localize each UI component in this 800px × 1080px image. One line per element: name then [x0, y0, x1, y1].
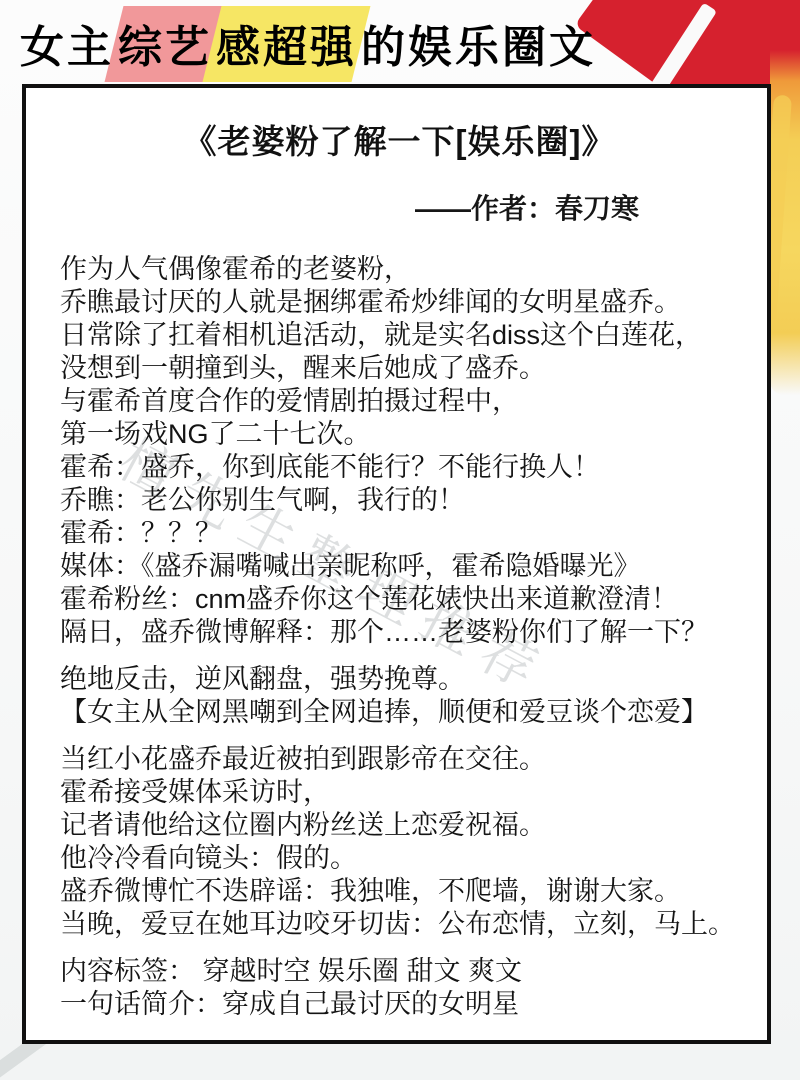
synopsis-line: 与霍希首度合作的爱情剧拍摄过程中，	[60, 385, 739, 418]
synopsis-paragraph: 绝地反击，逆风翻盘，强势挽尊。【女主从全网黑嘲到全网追捧，顺便和爱豆谈个恋爱】	[60, 663, 739, 729]
content-card: 檀先生整理推荐 《老婆粉了解一下[娱乐圈]》 ——作者：春刀寒 作为人气偶像霍希…	[22, 84, 771, 1044]
synopsis-line: 一句话简介：穿成自己最讨厌的女明星	[60, 988, 739, 1021]
synopsis-line: 当红小花盛乔最近被拍到跟影帝在交往。	[60, 743, 739, 776]
synopsis-line: 他冷冷看向镜头：假的。	[60, 842, 739, 875]
synopsis-line: 日常除了扛着相机追活动，就是实名diss这个白莲花，	[60, 319, 739, 352]
synopsis-paragraph: 当红小花盛乔最近被拍到跟影帝在交往。霍希接受媒体采访时，记者请他给这位圈内粉丝送…	[60, 743, 739, 941]
header-segment: 女主	[18, 10, 116, 76]
synopsis-line: 隔日，盛乔微博解释：那个……老婆粉你们了解一下？	[60, 616, 739, 649]
synopsis-line: 第一场戏NG了二十七次。	[60, 418, 739, 451]
synopsis-line: 内容标签： 穿越时空 娱乐圈 甜文 爽文	[60, 955, 739, 988]
header-title: 女主综艺感超强的娱乐圈文	[18, 10, 598, 76]
synopsis-line: 霍希粉丝：cnm盛乔你这个莲花婊快出来道歉澄清！	[60, 583, 739, 616]
synopsis-line: 盛乔微博忙不迭辟谣：我独唯，不爬墙，谢谢大家。	[60, 875, 739, 908]
synopsis-line: 没想到一朝撞到头，醒来后她成了盛乔。	[60, 352, 739, 385]
book-title: 《老婆粉了解一下[娱乐圈]》	[60, 116, 739, 163]
author-line: ——作者：春刀寒	[60, 187, 739, 227]
synopsis: 作为人气偶像霍希的老婆粉，乔瞧最讨厌的人就是捆绑霍希炒绯闻的女明星盛乔。日常除了…	[60, 253, 739, 1021]
synopsis-paragraph: 内容标签： 穿越时空 娱乐圈 甜文 爽文一句话简介：穿成自己最讨厌的女明星	[60, 955, 739, 1021]
synopsis-line: 作为人气偶像霍希的老婆粉，	[60, 253, 739, 286]
synopsis-line: 当晚，爱豆在她耳边咬牙切齿：公布恋情，立刻，马上。	[60, 908, 739, 941]
synopsis-line: 乔瞧：老公你别生气啊，我行的！	[60, 484, 739, 517]
synopsis-line: 绝地反击，逆风翻盘，强势挽尊。	[60, 663, 739, 696]
synopsis-line: 乔瞧最讨厌的人就是捆绑霍希炒绯闻的女明星盛乔。	[60, 286, 739, 319]
synopsis-line: 记者请他给这位圈内粉丝送上恋爱祝福。	[60, 809, 739, 842]
header-segment: 的娱乐圈文	[359, 10, 598, 76]
synopsis-line: 霍希接受媒体采访时，	[60, 776, 739, 809]
page-background: 女主综艺感超强的娱乐圈文 檀先生整理推荐 《老婆粉了解一下[娱乐圈]》 ——作者…	[0, 0, 800, 1080]
header-segment: 综艺	[116, 10, 214, 76]
synopsis-line: 霍希：盛乔，你到底能不能行？不能行换人！	[60, 451, 739, 484]
synopsis-line: 【女主从全网黑嘲到全网追捧，顺便和爱豆谈个恋爱】	[60, 696, 739, 729]
synopsis-paragraph: 作为人气偶像霍希的老婆粉，乔瞧最讨厌的人就是捆绑霍希炒绯闻的女明星盛乔。日常除了…	[60, 253, 739, 649]
synopsis-line: 霍希：？？？	[60, 517, 739, 550]
header-segment: 感超强	[214, 10, 359, 76]
synopsis-line: 媒体：《盛乔漏嘴喊出亲昵称呼，霍希隐婚曝光》	[60, 550, 739, 583]
